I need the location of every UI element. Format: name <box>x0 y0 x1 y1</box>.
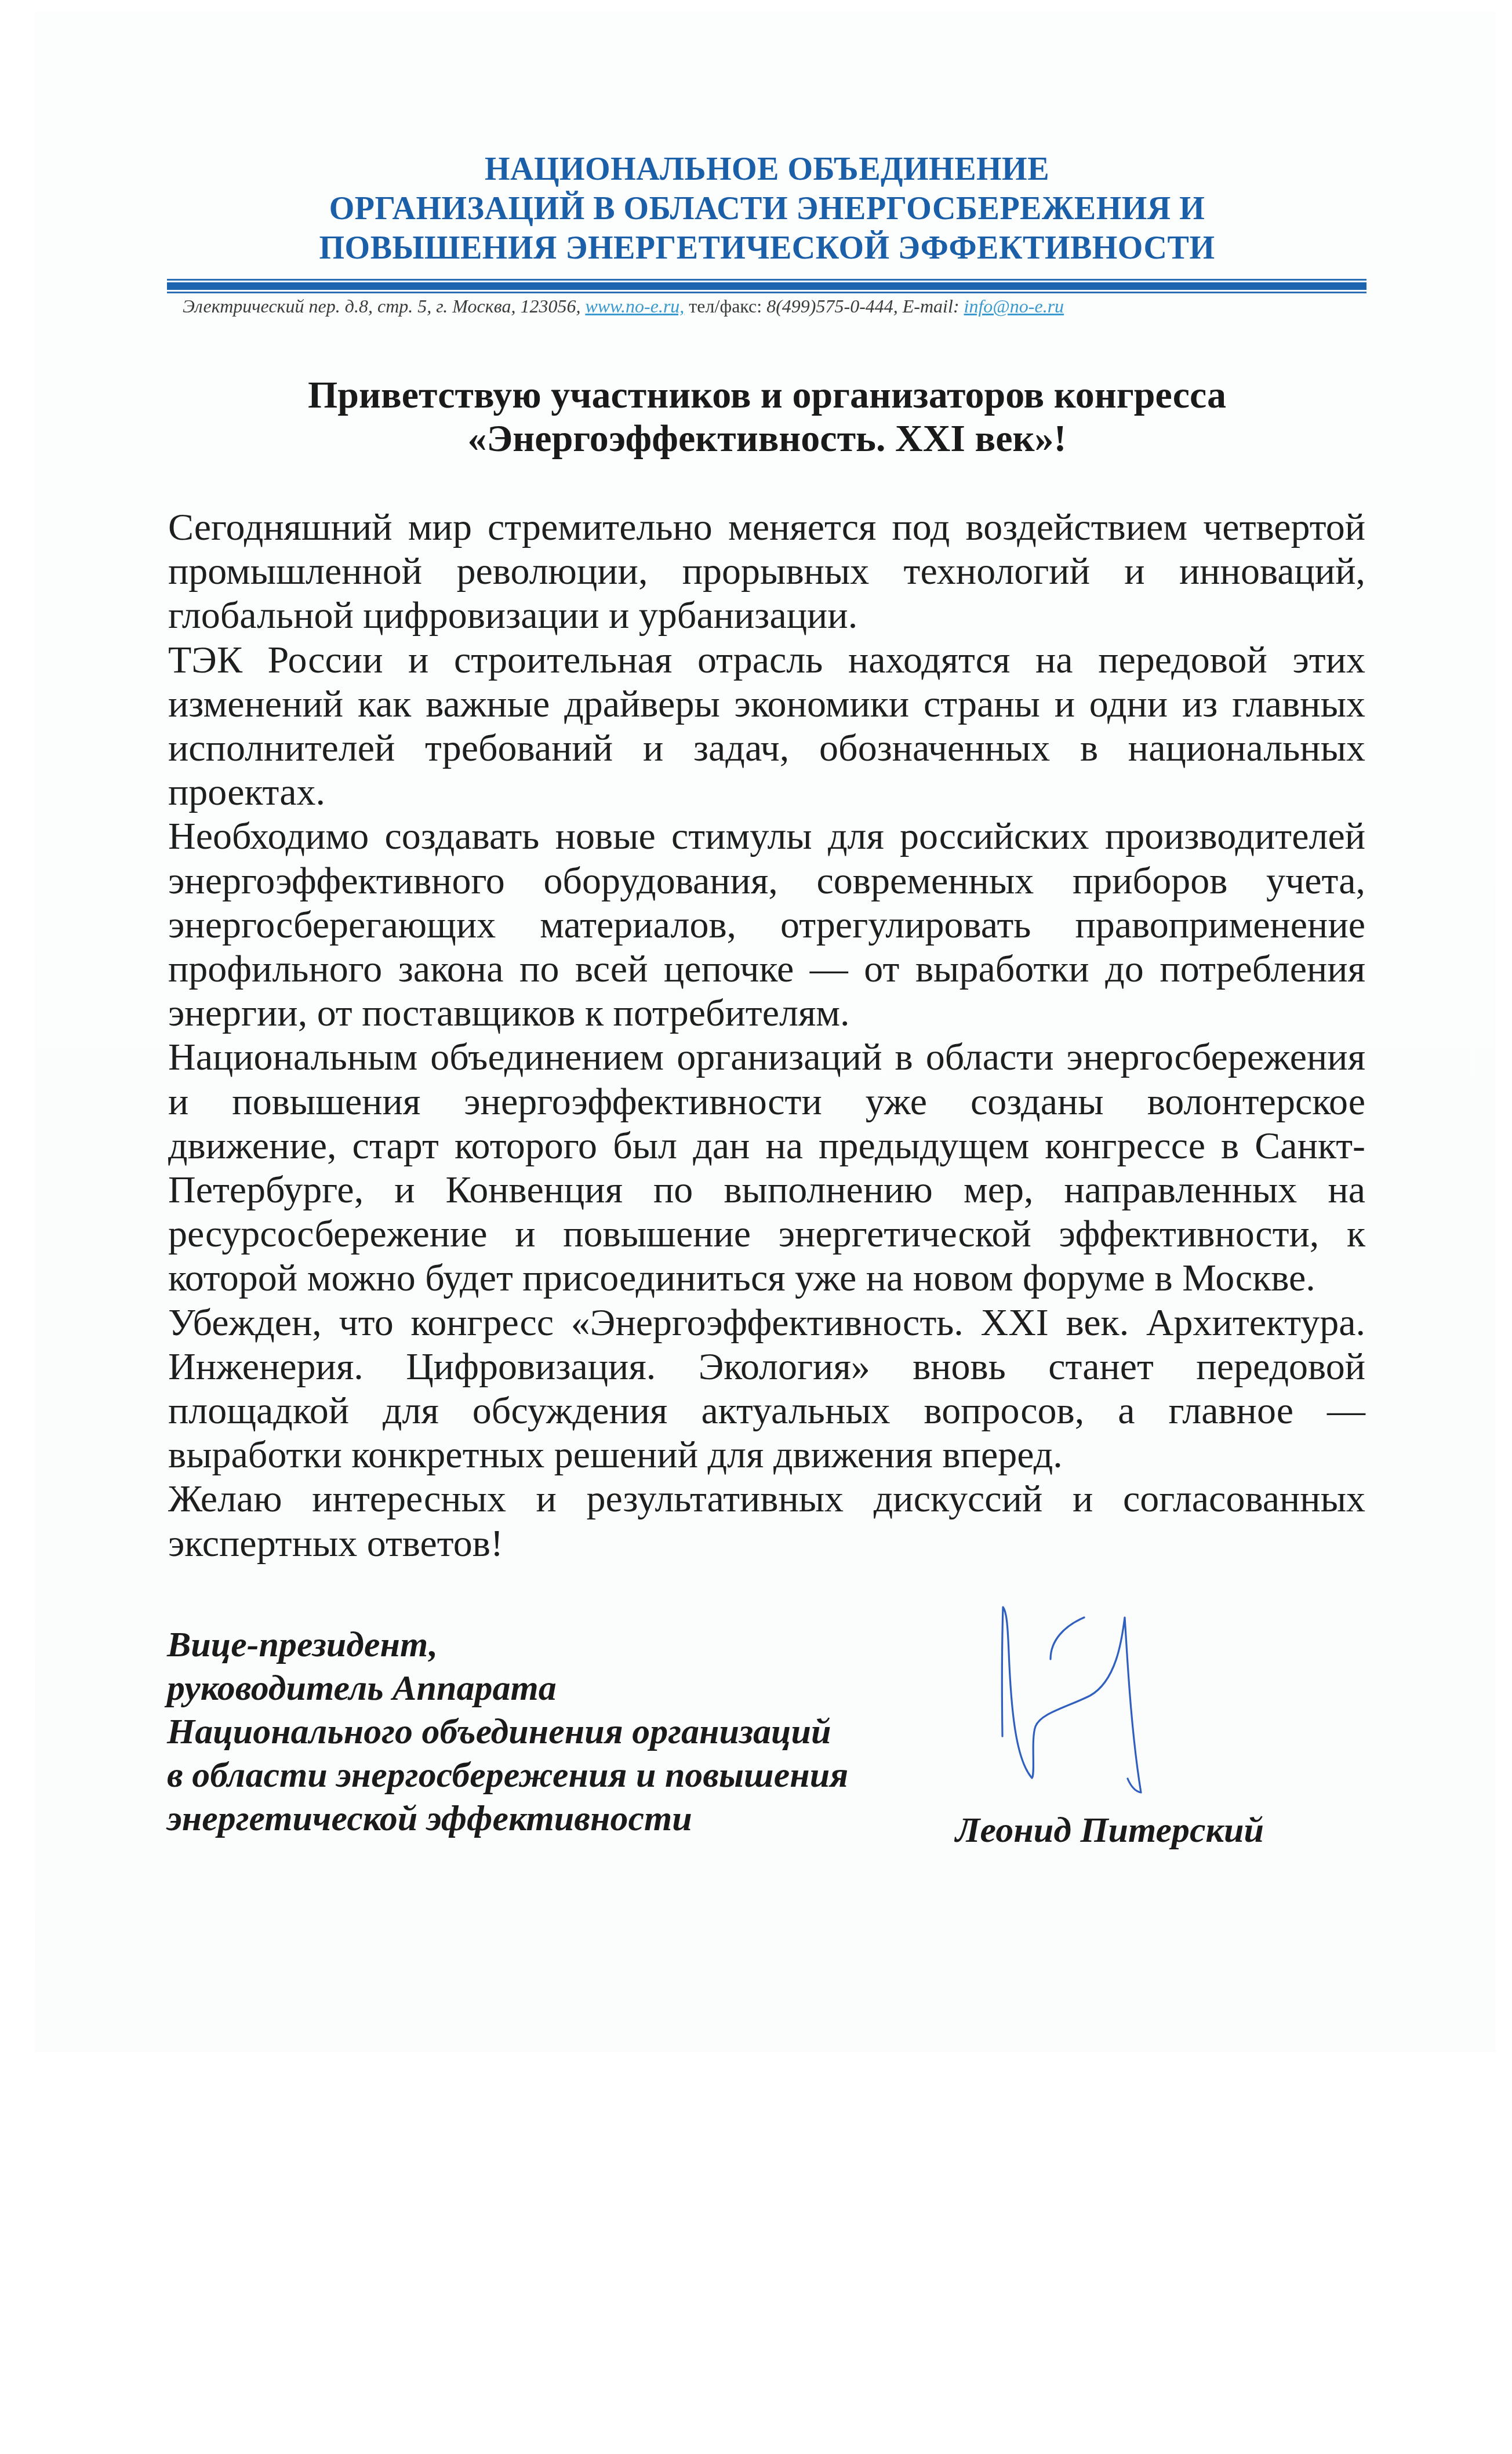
header-divider-thin-top <box>167 279 1366 281</box>
contact-phone: 8(499)575-0-444, E-mail: <box>766 296 964 317</box>
letter-body: Сегодняшний мир стремительно меняется по… <box>168 506 1365 1566</box>
signatory-title-line-4: в области энергосбережения и повышения <box>167 1754 921 1797</box>
greeting-line-1: Приветствую участников и организаторов к… <box>0 373 1512 417</box>
signatory-title-line-1: Вице-президент, <box>167 1623 921 1667</box>
body-paragraph-5: Убежден, что конгресс «Энергоэффективнос… <box>168 1301 1365 1478</box>
signatory-title: Вице-президент, руководитель Аппарата На… <box>167 1623 921 1841</box>
org-title-line-2: ОРГАНИЗАЦИЙ В ОБЛАСТИ ЭНЕРГОСБЕРЕЖЕНИЯ И <box>0 189 1512 228</box>
body-paragraph-2: ТЭК России и строительная отрасль находя… <box>168 638 1365 815</box>
greeting-heading: Приветствую участников и организаторов к… <box>0 373 1512 460</box>
body-paragraph-1: Сегодняшний мир стремительно меняется по… <box>168 506 1365 638</box>
signatory-title-line-5: энергетической эффективности <box>167 1797 921 1841</box>
body-paragraph-4: Национальным объединением организаций в … <box>168 1035 1365 1300</box>
signatory-title-line-2: руководитель Аппарата <box>167 1667 921 1710</box>
org-title-line-1: НАЦИОНАЛЬНОЕ ОБЪЕДИНЕНИЕ <box>0 150 1512 189</box>
greeting-line-2: «Энергоэффективность. XXI век»! <box>0 417 1512 460</box>
phone-label: тел/факс: <box>684 296 766 317</box>
handwritten-signature-icon <box>980 1588 1165 1820</box>
contact-address: Электрический пер. д.8, стр. 5, г. Москв… <box>183 296 585 317</box>
organization-title: НАЦИОНАЛЬНОЕ ОБЪЕДИНЕНИЕ ОРГАНИЗАЦИЙ В О… <box>0 150 1512 268</box>
org-title-line-3: ПОВЫШЕНИЯ ЭНЕРГЕТИЧЕСКОЙ ЭФФЕКТИВНОСТИ <box>0 228 1512 268</box>
body-paragraph-3: Необходимо создавать новые стимулы для р… <box>168 815 1365 1035</box>
email-link[interactable]: info@no-e.ru <box>964 296 1064 317</box>
signatory-name: Леонид Питерский <box>955 1809 1264 1852</box>
website-link[interactable]: www.no-e.ru, <box>585 296 684 317</box>
header-divider-thick <box>167 282 1366 290</box>
header-divider-thin-bottom <box>167 292 1366 293</box>
contact-line: Электрический пер. д.8, стр. 5, г. Москв… <box>183 295 1342 318</box>
signatory-title-line-3: Национального объединения организаций <box>167 1710 921 1754</box>
body-paragraph-6: Желаю интересных и результативных дискус… <box>168 1477 1365 1565</box>
